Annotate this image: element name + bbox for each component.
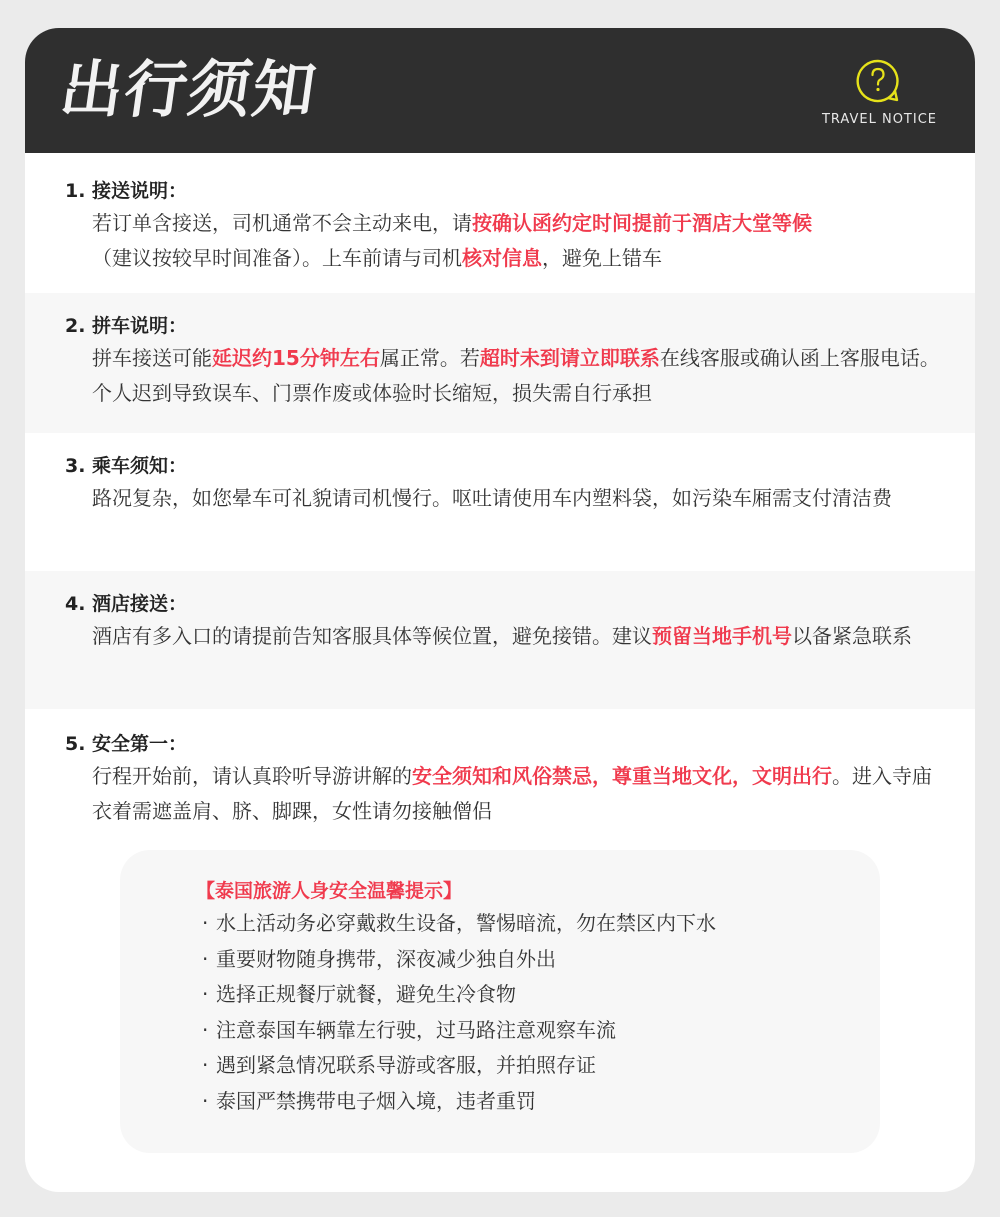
tip-item: ·注意泰国车辆靠左行驶，过马路注意观察车流 [202, 1013, 880, 1049]
tip-text: 水上活动务必穿戴救生设备，警惕暗流，勿在禁区内下水 [216, 911, 716, 935]
section-body: 拼车接送可能延迟约15分钟左右属正常。若超时未到请立即联系在线客服或确认函上客服… [65, 341, 945, 411]
body-text: 酒店有多入口的请提前告知客服具体等候位置，避免接错。建议 [92, 624, 652, 648]
bullet-icon: · [202, 1013, 216, 1049]
tip-text: 泰国严禁携带电子烟入境，违者重罚 [216, 1089, 536, 1113]
section-pickup: 1. 接送说明： 若订单含接送，司机通常不会主动来电，请按确认函约定时间提前于酒… [25, 153, 975, 293]
section-heading: 4. 酒店接送： [65, 589, 945, 619]
section-body: 酒店有多入口的请提前告知客服具体等候位置，避免接错。建议预留当地手机号以备紧急联… [65, 619, 945, 654]
tip-text: 遇到紧急情况联系导游或客服，并拍照存证 [216, 1053, 596, 1077]
section-carpool: 2. 拼车说明： 拼车接送可能延迟约15分钟左右属正常。若超时未到请立即联系在线… [25, 293, 975, 433]
tip-item: ·重要财物随身携带，深夜减少独自外出 [202, 942, 880, 978]
section-heading: 3. 乘车须知： [65, 451, 945, 481]
section-hotel-pickup: 4. 酒店接送： 酒店有多入口的请提前告知客服具体等候位置，避免接错。建议预留当… [25, 571, 975, 709]
section-riding: 3. 乘车须知： 路况复杂，如您晕车可礼貌请司机慢行。呕吐请使用车内塑料袋，如污… [25, 433, 975, 571]
tip-item: ·遇到紧急情况联系导游或客服，并拍照存证 [202, 1048, 880, 1084]
section-body: 行程开始前，请认真聆听导游讲解的安全须知和风俗禁忌，尊重当地文化，文明出行。进入… [65, 759, 945, 829]
travel-notice-label: TRAVEL NOTICE [822, 112, 937, 127]
highlight-text: 按确认函约定时间提前于酒店大堂等候 [472, 211, 812, 235]
tip-item: ·水上活动务必穿戴救生设备，警惕暗流，勿在禁区内下水 [202, 906, 880, 942]
tip-item: ·泰国严禁携带电子烟入境，违者重罚 [202, 1084, 880, 1120]
bullet-icon: · [202, 977, 216, 1013]
section-heading: 2. 拼车说明： [65, 311, 945, 341]
help-bubble-icon [855, 58, 901, 104]
highlight-text: 核对信息 [462, 246, 542, 270]
tips-title: 【泰国旅游人身安全温馨提示】 [196, 876, 880, 906]
body-text: 以备紧急联系 [792, 624, 912, 648]
body-text: 若订单含接送，司机通常不会主动来电，请 [92, 211, 472, 235]
body-text: （建议按较早时间准备）。上车前请与司机 [92, 246, 462, 270]
section-body: 路况复杂，如您晕车可礼貌请司机慢行。呕吐请使用车内塑料袋，如污染车厢需支付清洁费 [65, 481, 945, 516]
body-text: 拼车接送可能 [92, 346, 212, 370]
section-body: 若订单含接送，司机通常不会主动来电，请按确认函约定时间提前于酒店大堂等候（建议按… [65, 206, 945, 276]
highlight-text: 超时未到请立即联系 [480, 346, 660, 370]
safety-tips-box: 【泰国旅游人身安全温馨提示】 ·水上活动务必穿戴救生设备，警惕暗流，勿在禁区内下… [120, 850, 880, 1153]
body-text: 行程开始前，请认真聆听导游讲解的 [92, 764, 412, 788]
bullet-icon: · [202, 1084, 216, 1120]
travel-notice-badge: TRAVEL NOTICE [817, 58, 937, 128]
highlight-text: 延迟约15分钟左右 [212, 346, 380, 370]
page-title: 出行须知 [55, 50, 322, 130]
tip-item: ·选择正规餐厅就餐，避免生冷食物 [202, 977, 880, 1013]
section-heading: 5. 安全第一： [65, 729, 945, 759]
bullet-icon: · [202, 906, 216, 942]
body-text: ，避免上错车 [542, 246, 662, 270]
bullet-icon: · [202, 942, 216, 978]
body-text: 路况复杂，如您晕车可礼貌请司机慢行。呕吐请使用车内塑料袋，如污染车厢需支付清洁费 [92, 486, 892, 510]
bullet-icon: · [202, 1048, 216, 1084]
travel-notice-card: 出行须知 TRAVEL NOTICE 1. 接送说明： 若订单含接送，司机通常不… [25, 28, 975, 1192]
body-text: 属正常。若 [380, 346, 480, 370]
highlight-text: 安全须知和风俗禁忌，尊重当地文化，文明出行 [412, 764, 832, 788]
highlight-text: 预留当地手机号 [652, 624, 792, 648]
tip-text: 重要财物随身携带，深夜减少独自外出 [216, 947, 556, 971]
tip-text: 选择正规餐厅就餐，避免生冷食物 [216, 982, 516, 1006]
section-heading: 1. 接送说明： [65, 176, 945, 206]
section-safety: 5. 安全第一： 行程开始前，请认真聆听导游讲解的安全须知和风俗禁忌，尊重当地文… [25, 709, 975, 829]
header: 出行须知 TRAVEL NOTICE [25, 28, 975, 153]
tip-text: 注意泰国车辆靠左行驶，过马路注意观察车流 [216, 1018, 616, 1042]
